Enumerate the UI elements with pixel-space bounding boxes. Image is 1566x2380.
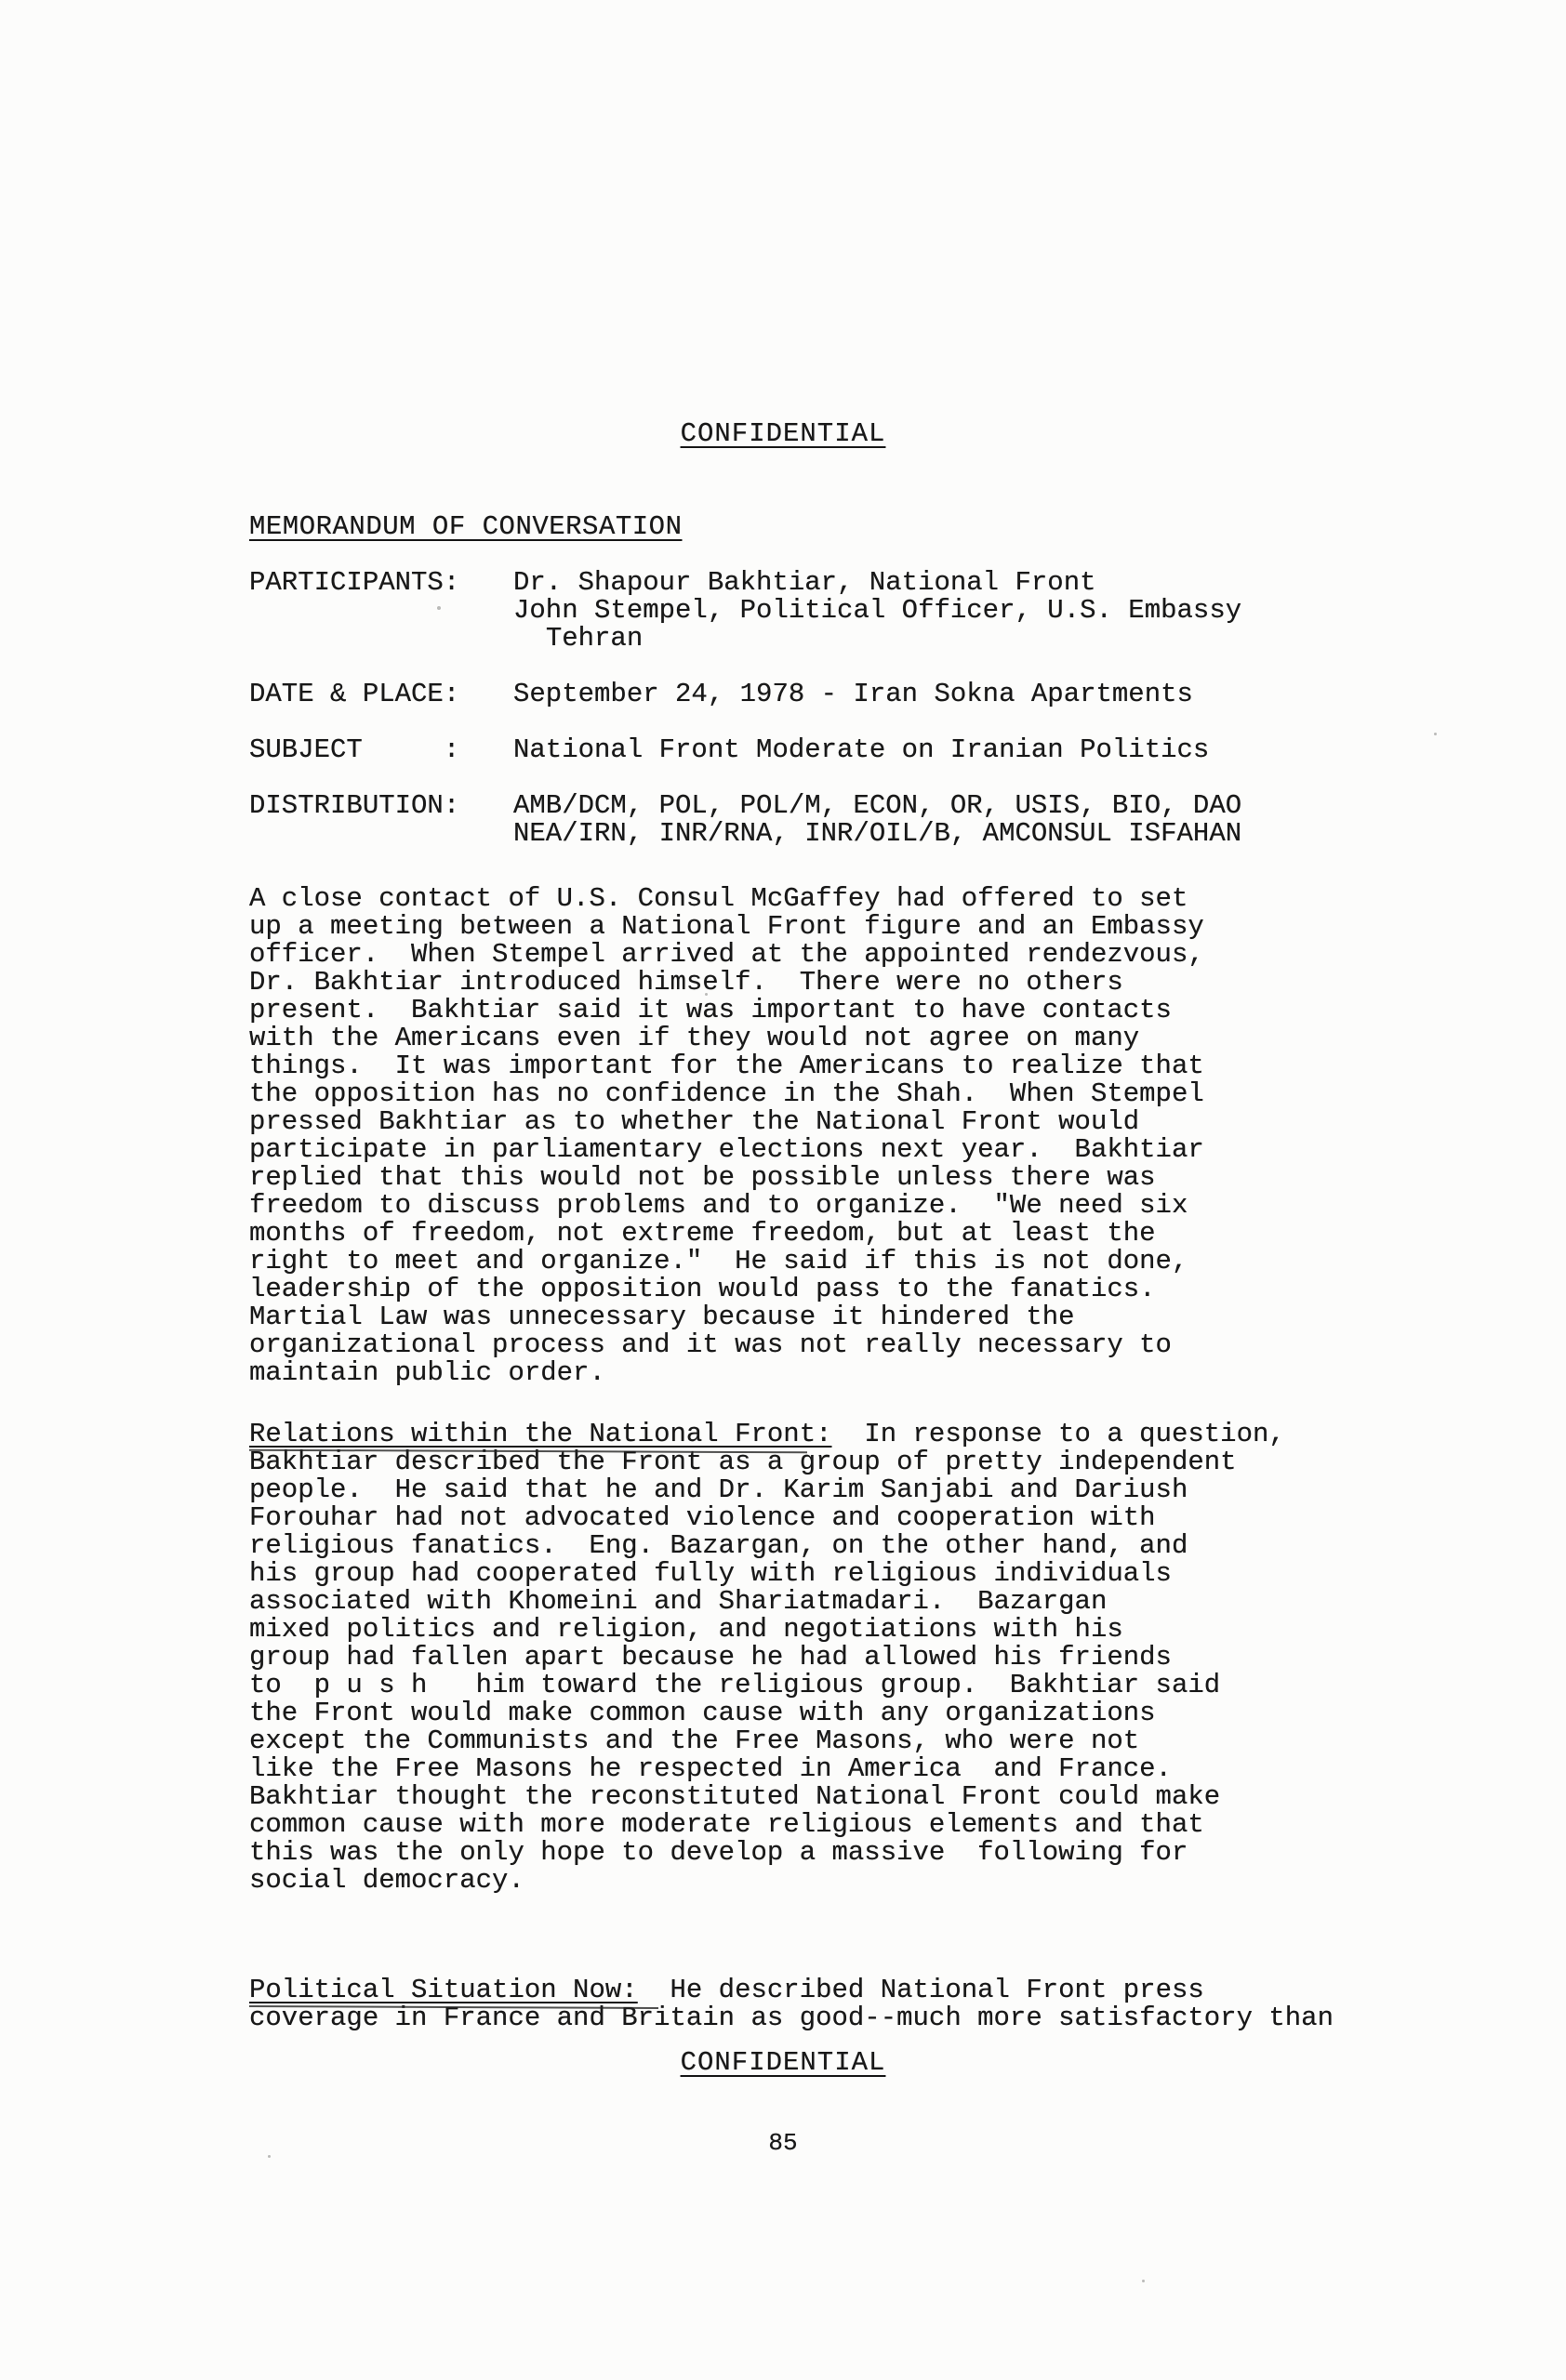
meta-row-date-place: DATE & PLACE: September 24, 1978 - Iran …	[249, 681, 1430, 708]
scan-speck	[705, 993, 708, 996]
meta-row-participants: PARTICIPANTS: Dr. Shapour Bakhtiar, Nati…	[249, 569, 1430, 653]
scan-speck	[268, 2155, 271, 2158]
scan-speck	[437, 606, 441, 610]
paragraph-text: In response to a question, Bakhtiar desc…	[249, 1419, 1285, 1896]
paragraph-relations-within-front: Relations within the National Front: In …	[249, 1421, 1430, 1895]
meta-label-subject: SUBJECT :	[249, 736, 513, 764]
paragraph-text: A close contact of U.S. Consul McGaffey …	[249, 883, 1204, 1388]
page-number: 85	[0, 2129, 1566, 2157]
scan-speck	[1142, 2280, 1145, 2282]
meta-value-subject: National Front Moderate on Iranian Polit…	[513, 736, 1209, 764]
paragraph-political-situation: Political Situation Now: He described Na…	[249, 1977, 1430, 2032]
page-title: MEMORANDUM OF CONVERSATION	[249, 513, 1430, 541]
meta-row-distribution: DISTRIBUTION: AMB/DCM, POL, POL/M, ECON,…	[249, 792, 1430, 848]
meta-label-date-place: DATE & PLACE:	[249, 681, 513, 708]
meta-value-distribution: AMB/DCM, POL, POL/M, ECON, OR, USIS, BIO…	[513, 792, 1241, 848]
classification-header: CONFIDENTIAL	[0, 420, 1566, 448]
paragraph-intro: A close contact of U.S. Consul McGaffey …	[249, 885, 1430, 1387]
section-heading: Political Situation Now:	[249, 1975, 638, 2005]
scan-speck	[872, 744, 875, 747]
metadata-block: PARTICIPANTS: Dr. Shapour Bakhtiar, Nati…	[249, 569, 1430, 848]
meta-row-subject: SUBJECT : National Front Moderate on Ira…	[249, 736, 1430, 764]
scan-speck	[1434, 733, 1437, 735]
classification-footer: CONFIDENTIAL	[0, 2049, 1566, 2077]
meta-value-date-place: September 24, 1978 - Iran Sokna Apartmen…	[513, 681, 1193, 708]
section-heading: Relations within the National Front:	[249, 1419, 832, 1449]
meta-label-participants: PARTICIPANTS:	[249, 569, 513, 597]
meta-label-distribution: DISTRIBUTION:	[249, 792, 513, 820]
document-content: MEMORANDUM OF CONVERSATION PARTICIPANTS:…	[249, 513, 1430, 2032]
meta-value-participants: Dr. Shapour Bakhtiar, National Front Joh…	[513, 569, 1241, 653]
document-page: CONFIDENTIAL MEMORANDUM OF CONVERSATION …	[0, 0, 1566, 2380]
